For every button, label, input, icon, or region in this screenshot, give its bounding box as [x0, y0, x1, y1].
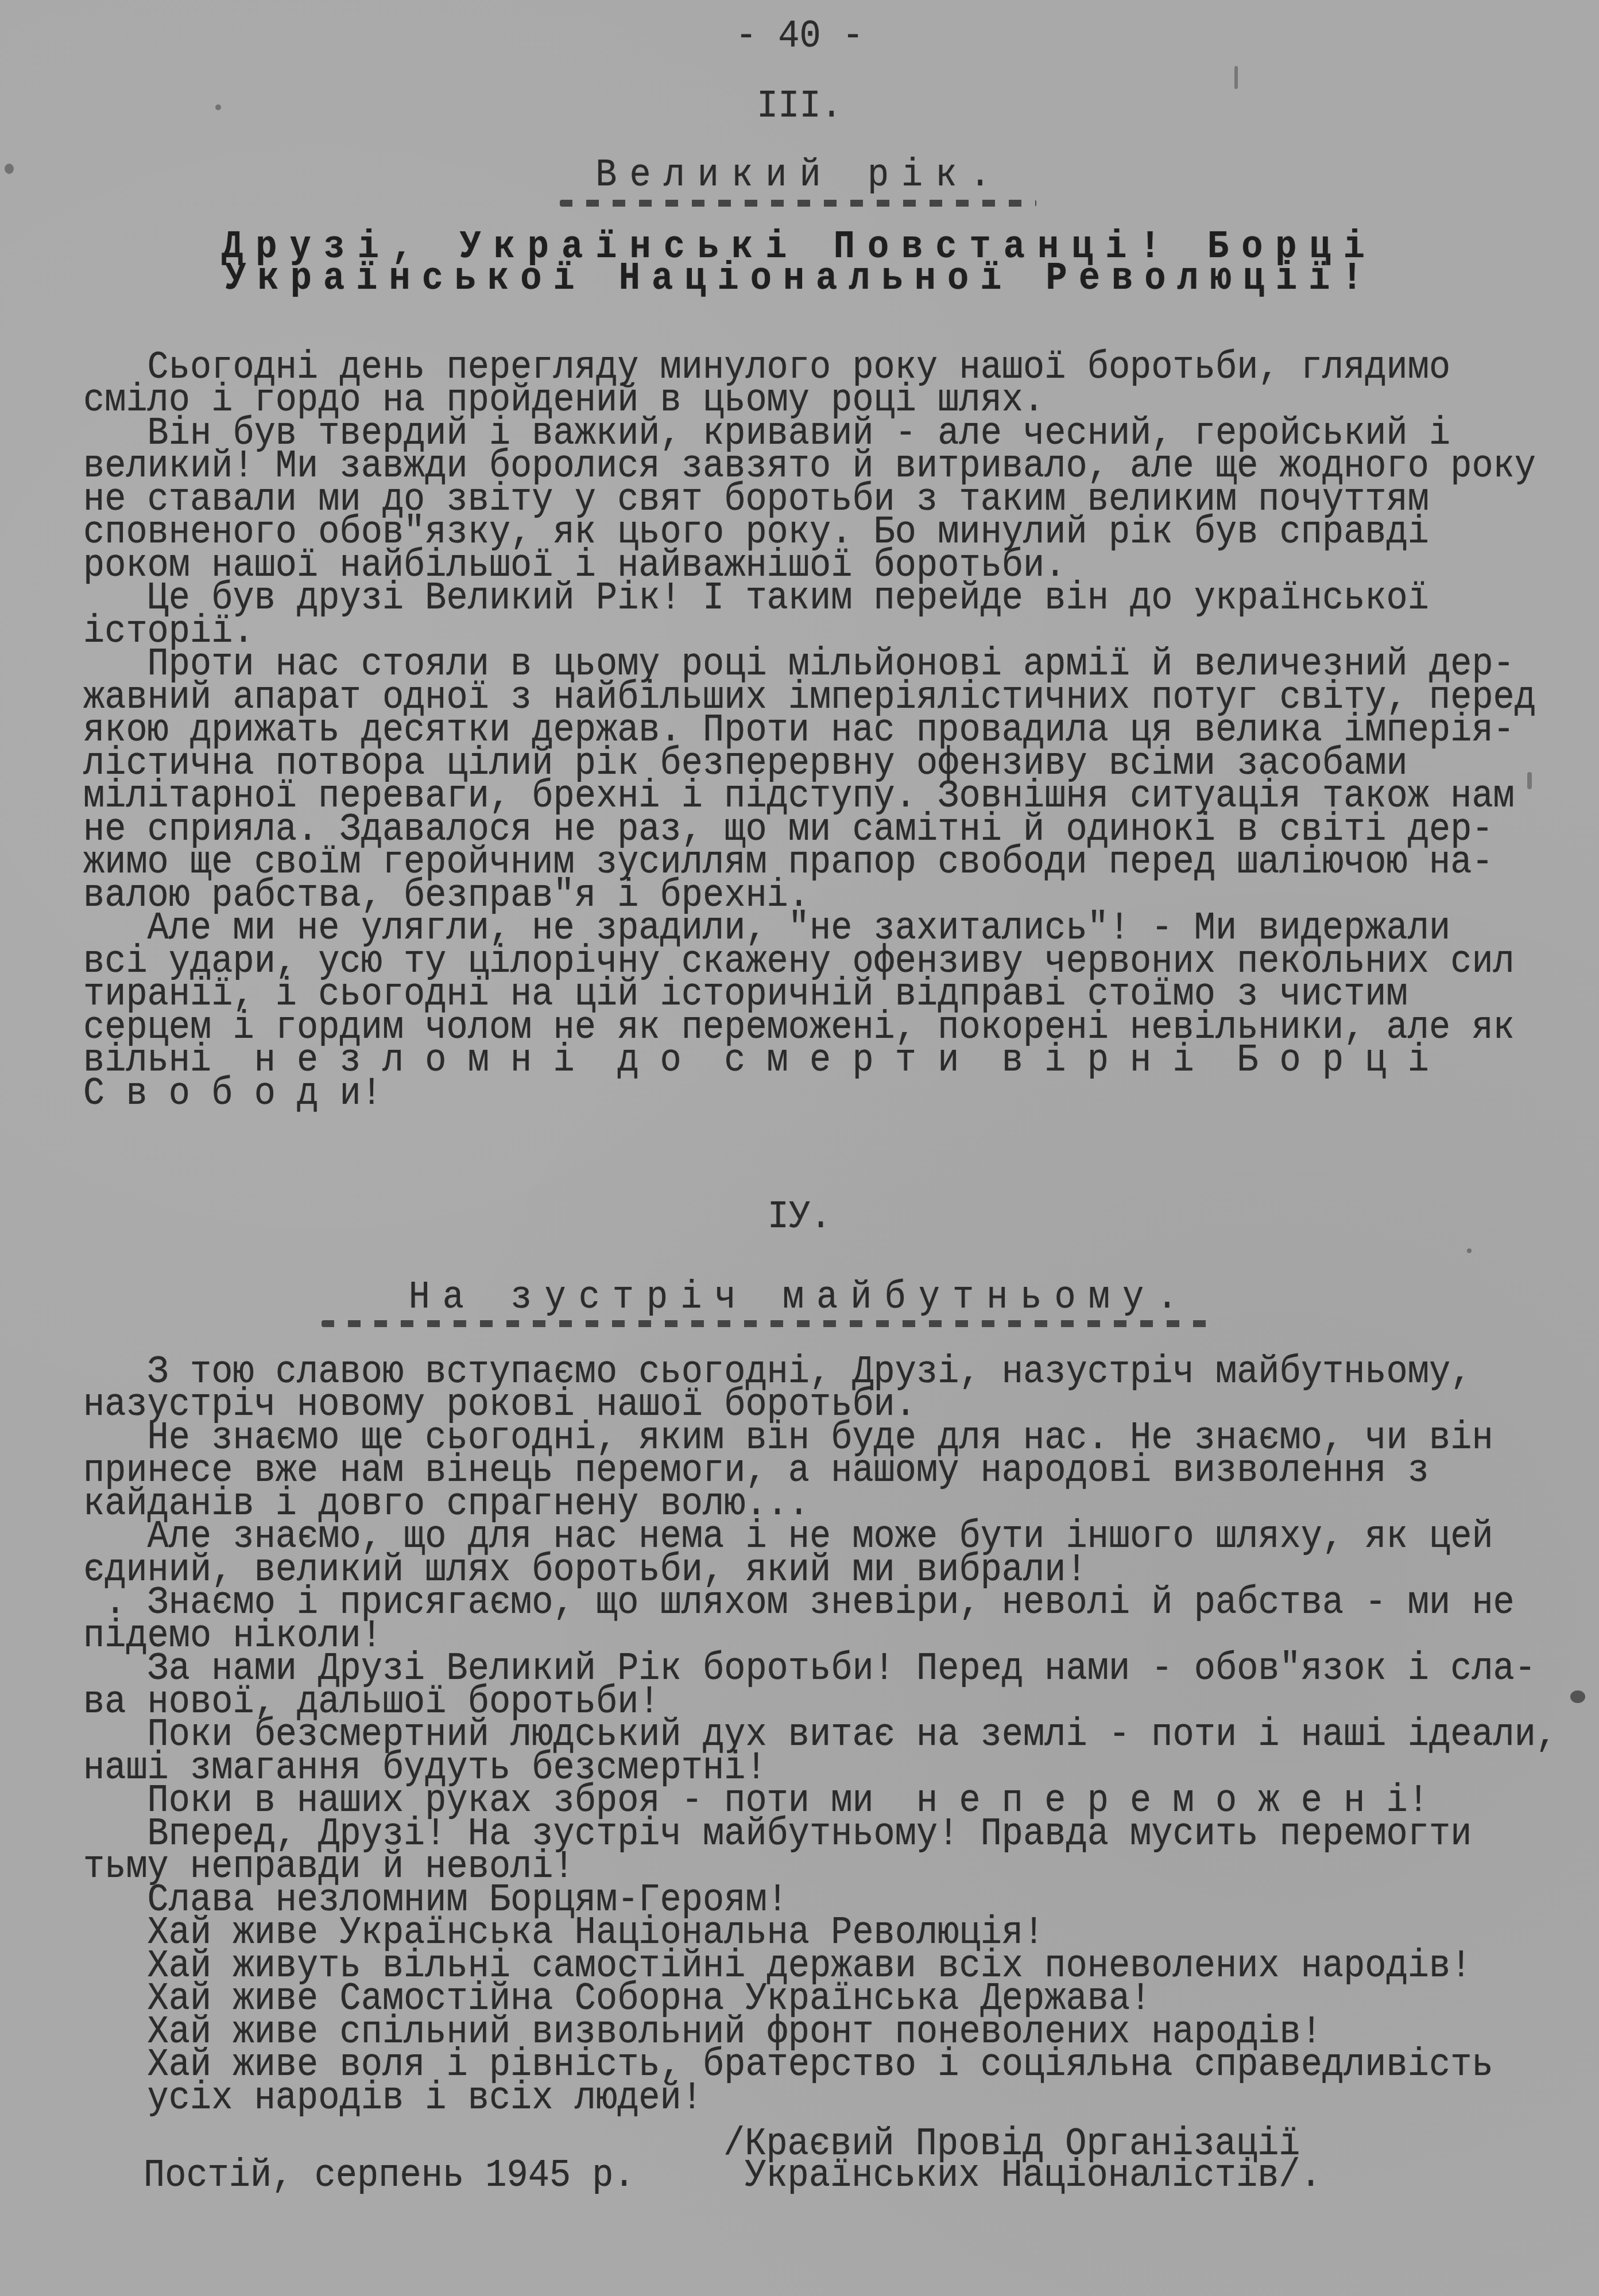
paper-speck	[1527, 772, 1532, 789]
body-line: Це був друзі Великий Рік! І таким перейд…	[83, 578, 1429, 618]
place-date: Постій, серпень 1945 р.	[144, 2155, 635, 2195]
section-3-title: Великий рік.	[0, 155, 1599, 195]
signature-line-2: Українських Націоналістів/.	[723, 2155, 1322, 2195]
section-3-title-underline	[560, 200, 1036, 207]
body-line: усіх народів і всіх людей!	[83, 2078, 703, 2117]
paper-speck	[1570, 1690, 1585, 1703]
paper-speck	[1467, 1248, 1472, 1253]
page-number: - 40 -	[0, 16, 1599, 56]
section-4-numeral: IУ.	[0, 1197, 1599, 1236]
section-3-numeral: III.	[0, 86, 1599, 126]
section-3-appeal-line-2: Української Національної Революції!	[0, 258, 1599, 298]
paper-speck	[1234, 66, 1238, 89]
section-4-title: На зустріч майбутньому.	[0, 1277, 1599, 1317]
body-line: С в о б о д и!	[83, 1073, 382, 1113]
section-4-title-underline	[322, 1320, 1217, 1327]
